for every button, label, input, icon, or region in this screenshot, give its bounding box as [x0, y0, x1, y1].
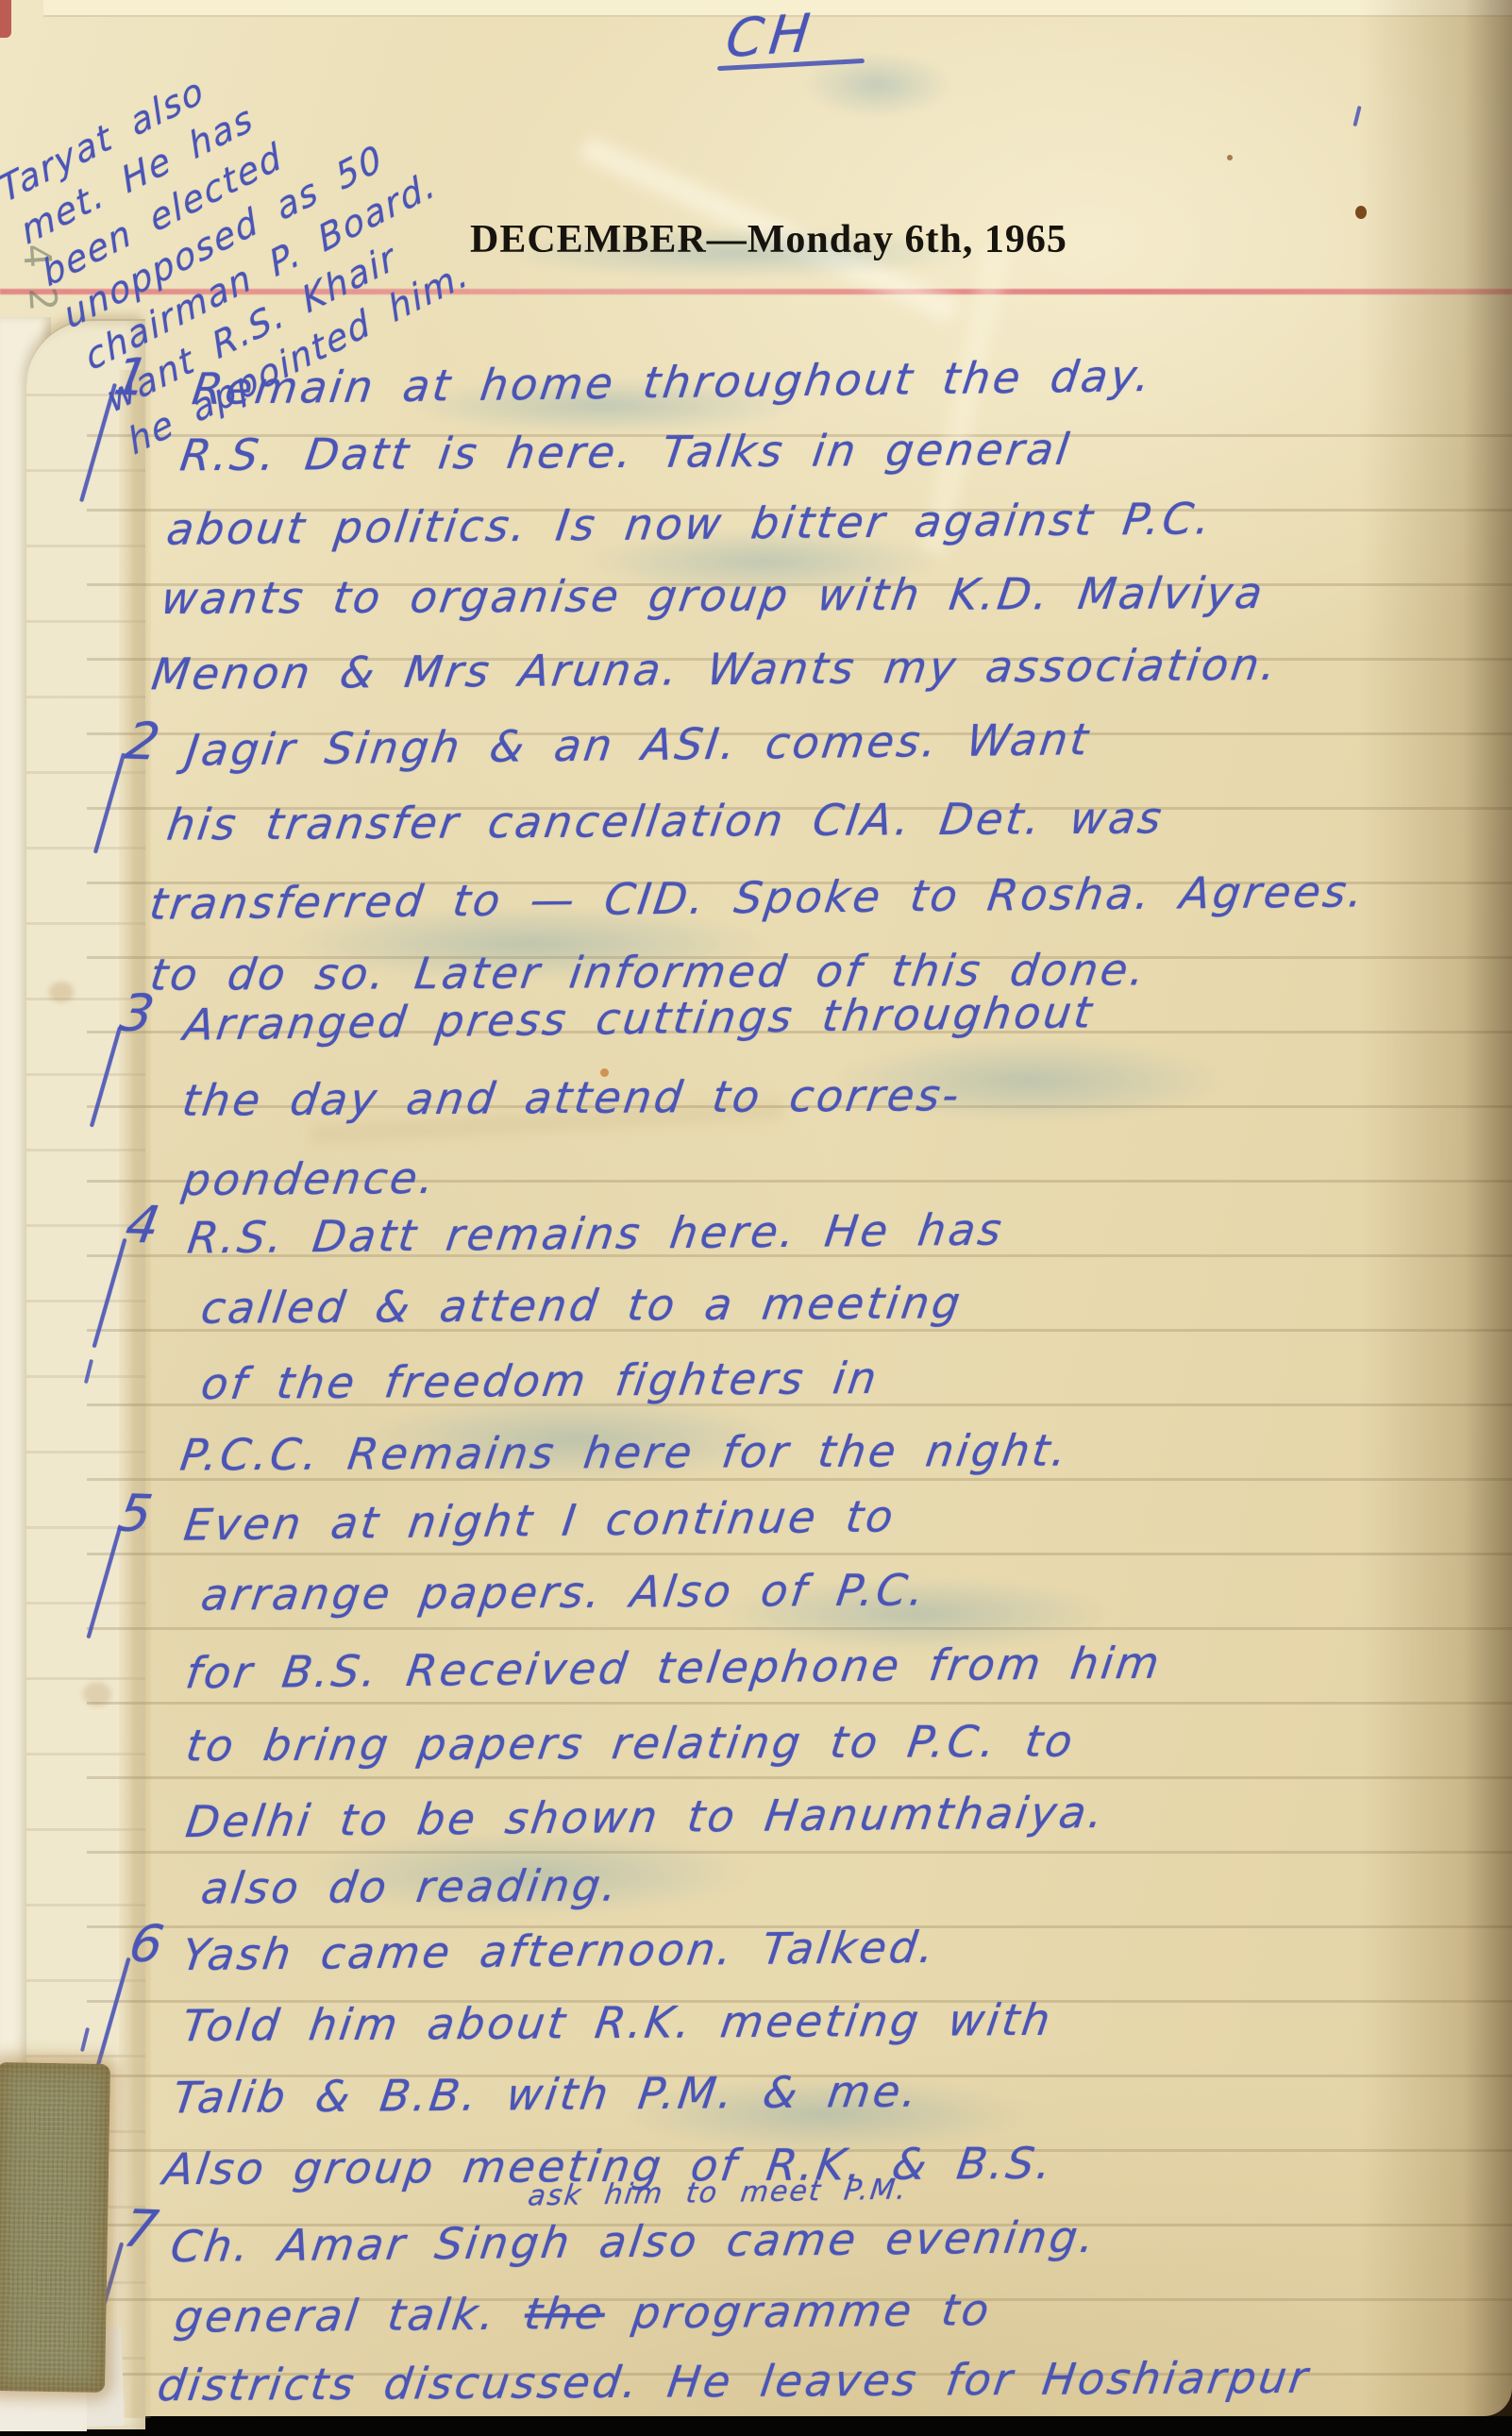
diary-line-segment: general talk.	[172, 2289, 529, 2343]
diary-line: also do reading.	[198, 1859, 623, 1913]
diary-line: Ch. Amar Singh also came evening.	[168, 2211, 1100, 2272]
diary-line: for B.S. Received telephone from him	[183, 1638, 1165, 1699]
diary-line: the day and attend to corres-	[179, 1069, 965, 1126]
diary-line: general talk. the programme to	[172, 2284, 995, 2343]
diary-line: districts discussed. He leaves for Hoshi…	[155, 2352, 1314, 2411]
diary-line: Even at night I continue to	[181, 1490, 899, 1550]
diary-line: Talib & B.B. with P.M. & me.	[170, 2066, 923, 2124]
diary-line: of the freedom fighters in	[198, 1352, 882, 1409]
red-corner-mark	[0, 0, 11, 38]
diary-line: called & attend to a meeting	[198, 1277, 966, 1334]
diary-line: his transfer cancellation CIA. Det. was	[164, 792, 1168, 849]
diary-line: to bring papers relating to P.C. to	[183, 1716, 1078, 1772]
paper-speck	[1355, 206, 1367, 219]
struck-word: the	[522, 2288, 609, 2340]
diary-line-segment: programme to	[601, 2284, 995, 2339]
diary-line: wants to organise group with K.D. Malviy…	[159, 567, 1268, 624]
diary-line: Told him about R.K. meeting with	[179, 1994, 1056, 2051]
diary-line: R.S. Datt remains here. He has	[185, 1203, 1007, 1263]
diary-line: pondence.	[179, 1152, 440, 1205]
diary-line: Delhi to be shown to Hanumthaiya.	[183, 1787, 1109, 1847]
foxing-stain	[49, 982, 74, 1002]
diary-page-scan: DECEMBER—Monday 6th, 1965 CH 4 2 Taryat …	[0, 0, 1512, 2436]
paper-speck	[1227, 155, 1233, 160]
cloth-binding-tape	[0, 2062, 110, 2393]
binding-tape-band	[119, 370, 151, 2418]
inserted-note-line: ask him to meet P.M.	[526, 2174, 909, 2213]
diary-line: Yash came afternoon. Talked.	[179, 1922, 940, 1980]
diary-line: R.S. Datt is here. Talks in general	[177, 424, 1075, 481]
foxing-stain	[83, 1682, 111, 1706]
diary-line: Menon & Mrs Aruna. Wants my association.	[149, 639, 1282, 699]
corner-annotation: CH	[723, 3, 818, 70]
diary-line: arrange papers. Also of P.C.	[198, 1564, 930, 1620]
diary-line: P.C.C. Remains here for the night.	[177, 1425, 1072, 1481]
